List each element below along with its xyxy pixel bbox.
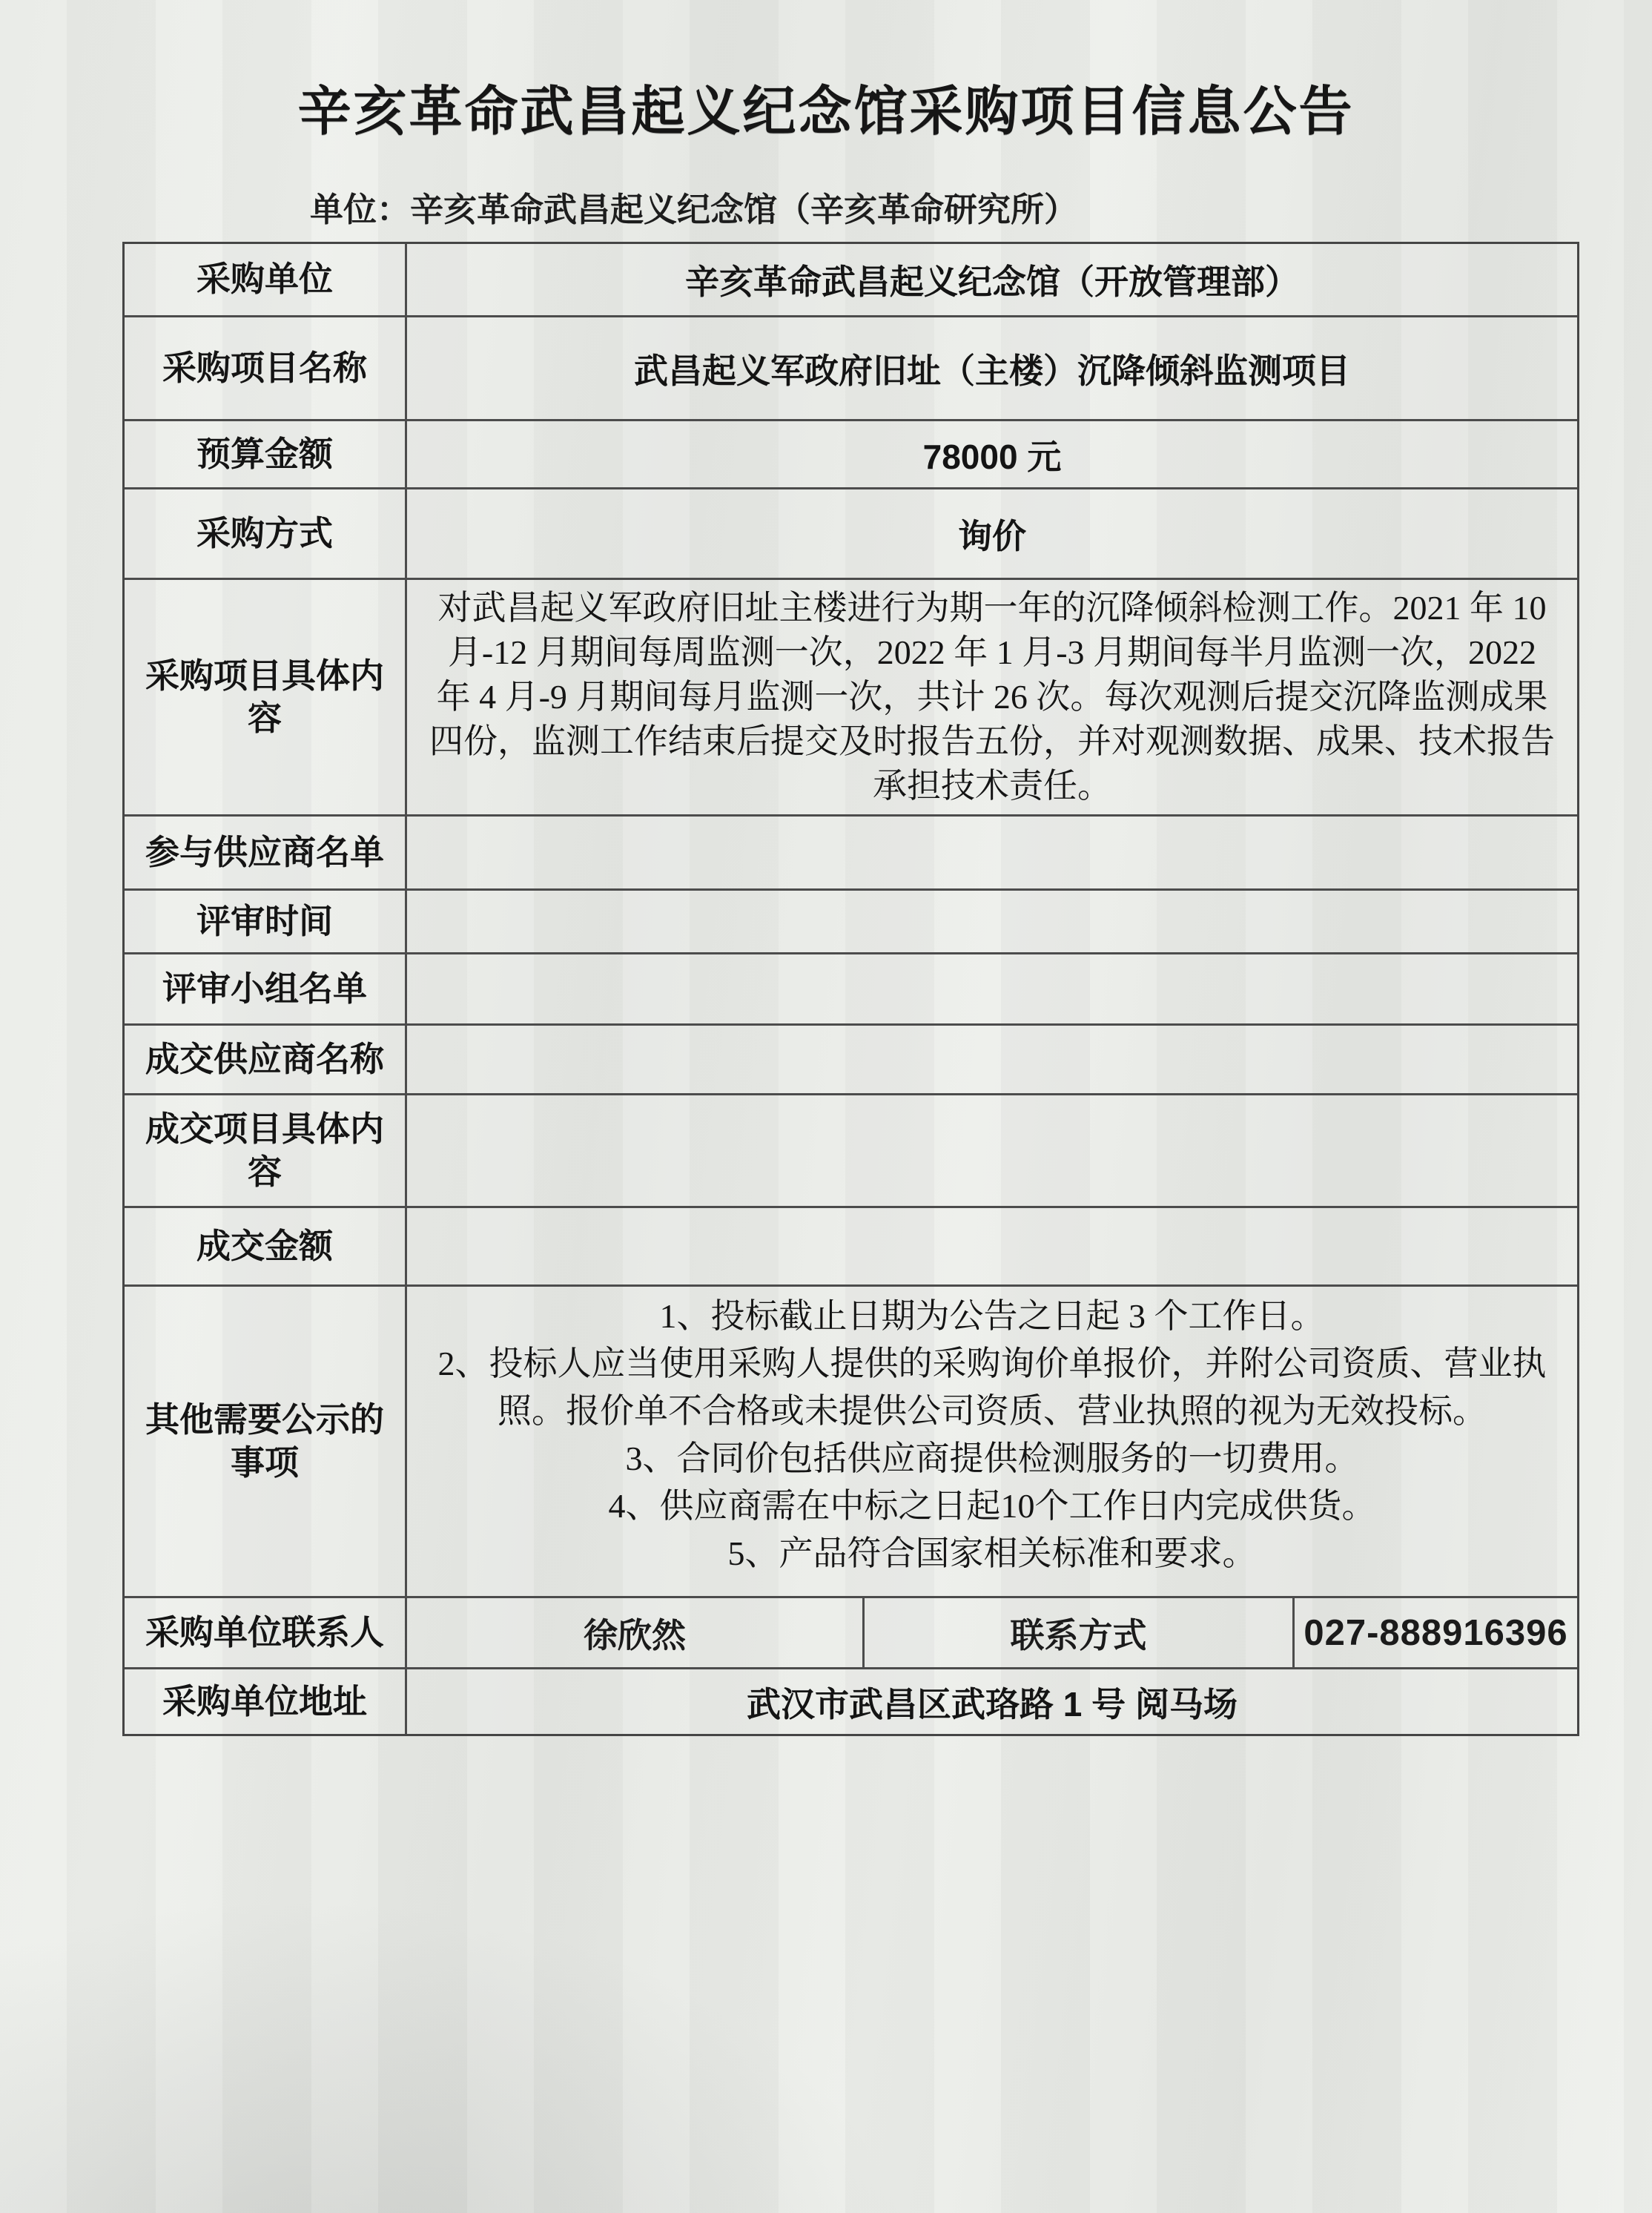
table-row-supplier-list: 参与供应商名单 (125, 814, 1577, 888)
row-label: 成交供应商名称 (125, 1026, 407, 1093)
table-row-deal-amount: 成交金额 (125, 1206, 1577, 1284)
table-row-project-details: 采购项目具体内容 对武昌起义军政府旧址主楼进行为期一年的沉降倾斜检测工作。202… (125, 578, 1577, 814)
list-item: 1、投标截止日期为公告之日起 3 个工作日。 (429, 1293, 1555, 1340)
other-matters-list: 1、投标截止日期为公告之日起 3 个工作日。 2、投标人应当使用采购人提供的采购… (407, 1287, 1577, 1596)
table-row-purchase-method: 采购方式 询价 (125, 487, 1577, 578)
row-value-empty (407, 1208, 1577, 1284)
table-row-deal-details: 成交项目具体内容 (125, 1093, 1577, 1206)
row-label: 预算金额 (125, 421, 407, 487)
address-value: 武汉市武昌区武珞路 1 号 阅马场 (407, 1669, 1577, 1734)
table-row-project-name: 采购项目名称 武昌起义军政府旧址（主楼）沉降倾斜监测项目 (125, 315, 1577, 419)
page-title: 辛亥革命武昌起义纪念馆采购项目信息公告 (0, 0, 1652, 145)
table-row-address: 采购单位地址 武汉市武昌区武珞路 1 号 阅马场 (125, 1667, 1577, 1734)
row-label: 其他需要公示的事项 (125, 1287, 407, 1596)
table-row-winning-supplier: 成交供应商名称 (125, 1023, 1577, 1093)
row-label: 评审小组名单 (125, 954, 407, 1023)
row-label: 采购项目具体内容 (125, 580, 407, 814)
row-label: 参与供应商名单 (125, 817, 407, 888)
list-item: 4、供应商需在中标之日起10个工作日内完成供货。 (429, 1483, 1555, 1530)
table-row-budget: 预算金额 78000 元 (125, 419, 1577, 487)
list-item: 5、产品符合国家相关标准和要求。 (429, 1530, 1555, 1577)
row-label: 采购单位联系人 (125, 1598, 407, 1667)
table-row-other-matters: 其他需要公示的事项 1、投标截止日期为公告之日起 3 个工作日。 2、投标人应当… (125, 1284, 1577, 1596)
list-item: 3、合同价包括供应商提供检测服务的一切费用。 (429, 1435, 1555, 1483)
info-table: 采购单位 辛亥革命武昌起义纪念馆（开放管理部） 采购项目名称 武昌起义军政府旧址… (122, 242, 1579, 1736)
row-label: 成交金额 (125, 1208, 407, 1284)
row-value-empty (407, 817, 1577, 888)
document-page: 辛亥革命武昌起义纪念馆采购项目信息公告 单位：辛亥革命武昌起义纪念馆（辛亥革命研… (0, 0, 1652, 2213)
row-label: 评审时间 (125, 891, 407, 952)
row-value-empty (407, 954, 1577, 1023)
row-label: 采购方式 (125, 489, 407, 578)
contact-name: 徐欣然 (407, 1598, 865, 1667)
row-value-empty (407, 1026, 1577, 1093)
contact-phone: 027-888916396 (1295, 1598, 1577, 1667)
row-label: 采购项目名称 (125, 317, 407, 419)
list-item: 2、投标人应当使用采购人提供的采购询价单报价，并附公司资质、营业执照。报价单不合… (429, 1340, 1555, 1435)
row-value: 询价 (407, 489, 1577, 578)
row-label: 采购单位地址 (125, 1669, 407, 1734)
row-label: 成交项目具体内容 (125, 1095, 407, 1206)
table-row-review-panel: 评审小组名单 (125, 952, 1577, 1023)
unit-line: 单位：辛亥革命武昌起义纪念馆（辛亥革命研究所） (310, 182, 1652, 231)
table-row-review-time: 评审时间 (125, 888, 1577, 952)
row-value-empty (407, 891, 1577, 952)
row-value: 武昌起义军政府旧址（主楼）沉降倾斜监测项目 (407, 317, 1577, 419)
table-row-purchasing-unit: 采购单位 辛亥革命武昌起义纪念馆（开放管理部） (125, 244, 1577, 315)
row-value-empty (407, 1095, 1577, 1206)
row-label: 采购单位 (125, 244, 407, 315)
contact-method-label: 联系方式 (865, 1598, 1295, 1667)
row-value: 辛亥革命武昌起义纪念馆（开放管理部） (407, 244, 1577, 315)
project-details-paragraph: 对武昌起义军政府旧址主楼进行为期一年的沉降倾斜检测工作。2021 年 10 月-… (407, 580, 1577, 814)
table-row-contact: 采购单位联系人 徐欣然 联系方式 027-888916396 (125, 1596, 1577, 1667)
row-value: 78000 元 (407, 421, 1577, 487)
